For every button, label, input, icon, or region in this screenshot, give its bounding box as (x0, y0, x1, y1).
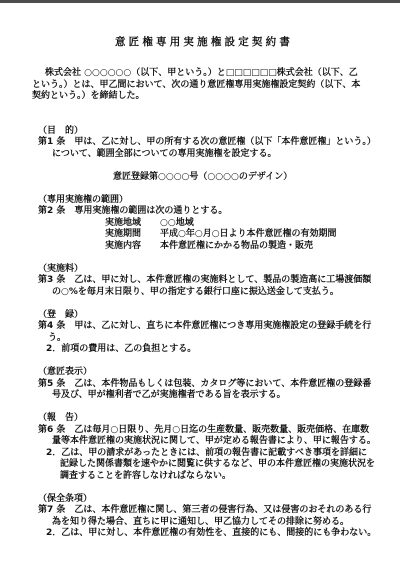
intro-line: 契約という。）を締結した。 (32, 91, 376, 103)
section-heading: （報 告） (32, 413, 376, 425)
detail-line: 実施地域○○地域 (32, 218, 376, 230)
article-line: 第3 条 乙は、甲に対し、本件意匠権の実施料として、製品の製造高に工場渡価額 (32, 275, 376, 287)
intro-line: 株式会社 ○○○○○○（以下、甲という。）と□□□□□□株式会社（以下、乙 (32, 68, 376, 80)
article-continuation-line: う。 (32, 333, 376, 345)
blank-line (32, 356, 376, 368)
article-continuation-line: 量等本件意匠権の実施状況に関して、甲が定める報告書により、甲に報告する。 (32, 436, 376, 448)
section-heading: （専用実施権の範囲） (32, 195, 376, 207)
section-heading: （意匠表示） (32, 367, 376, 379)
intro-line: という。）とは、甲乙間において、次の通り意匠権専用実施権設定契約（以下、本 (32, 80, 376, 92)
section-heading: （実施料） (32, 264, 376, 276)
item-line: 2．乙は、甲に対し、本件意匠権の有効性を、直接的にも、間接的にも争わない。 (32, 528, 376, 540)
detail-label: 実施期間 (105, 229, 160, 241)
detail-label: 実施地域 (105, 218, 160, 230)
blank-line (32, 298, 376, 310)
detail-value: 本件意匠権にかかる物品の製造・販売 (160, 241, 313, 251)
detail-line: 実施内容本件意匠権にかかる物品の製造・販売 (32, 241, 376, 253)
article-continuation-line: 為を知り得た場合、直ちに甲に通知し、甲乙協力してその排除に努める。 (32, 517, 376, 529)
detail-value: 平成○年○月○日より本件意匠権の有効期間 (160, 229, 337, 239)
scan-edge-bar (0, 0, 400, 3)
item-continuation-line: 調査することを許容しなければならない。 (32, 471, 376, 483)
article-line: 第5 条 乙は、本件物品もしくは包装、カタログ等において、本件意匠権の登録番 (32, 379, 376, 391)
article-line: 第7 条 乙は、本件意匠権に関し、第三者の侵害行為、又は侵害のおそれのある行 (32, 505, 376, 517)
document-body: 株式会社 ○○○○○○（以下、甲という。）と□□□□□□株式会社（以下、乙という… (32, 68, 376, 540)
section-heading: （目 的） (32, 126, 376, 138)
article-line: 第6 条 乙は毎月○日限り、先月○日迄の生産数量、販売数量、販売価格、在庫数 (32, 425, 376, 437)
article-line: 第4 条 甲は、乙に対し、直ちに本件意匠権につき専用実施権設定の登録手続を行 (32, 321, 376, 333)
article-continuation-line: 号及び、甲が権利者で乙が実施権者である旨を表示する。 (32, 390, 376, 402)
item-continuation-line: 記録した関係書類を速やかに閲覧に供するなど、甲の本件意匠権の実施状況を (32, 459, 376, 471)
detail-line: 実施期間平成○年○月○日より本件意匠権の有効期間 (32, 229, 376, 241)
article-continuation-line: について、範囲全部についての専用実施権を設定する。 (32, 149, 376, 161)
article-continuation-line: の○%を毎月末日限り、甲の指定する銀行口座に振込送金して支払う。 (32, 287, 376, 299)
article-line: 第1 条 甲は、乙に対し、甲の所有する次の意匠権（以下「本件意匠権」という。） (32, 137, 376, 149)
blank-line (32, 160, 376, 172)
article-line: 第2 条 専用実施権の範囲は次の通りとする。 (32, 206, 376, 218)
contract-document: 意匠権専用実施権設定契約書 株式会社 ○○○○○○（以下、甲という。）と□□□□… (32, 34, 376, 540)
item-line: 2．前項の費用は、乙の負担とする。 (32, 344, 376, 356)
detail-label: 実施内容 (105, 241, 160, 253)
section-heading: （保全条項） (32, 494, 376, 506)
item-line: 2．乙は、甲の請求があったときには、前項の報告書に記載すべき事項を詳細に (32, 448, 376, 460)
section-heading: （登 録） (32, 310, 376, 322)
blank-line (32, 402, 376, 414)
blank-line (32, 114, 376, 126)
blank-line (32, 103, 376, 115)
document-title: 意匠権専用実施権設定契約書 (32, 34, 376, 49)
detail-value: ○○地域 (160, 218, 194, 228)
blank-line (32, 482, 376, 494)
blank-line (32, 183, 376, 195)
blank-line (32, 252, 376, 264)
registration-line: 意匠登録第○○○○号（○○○○のデザイン） (32, 172, 376, 184)
